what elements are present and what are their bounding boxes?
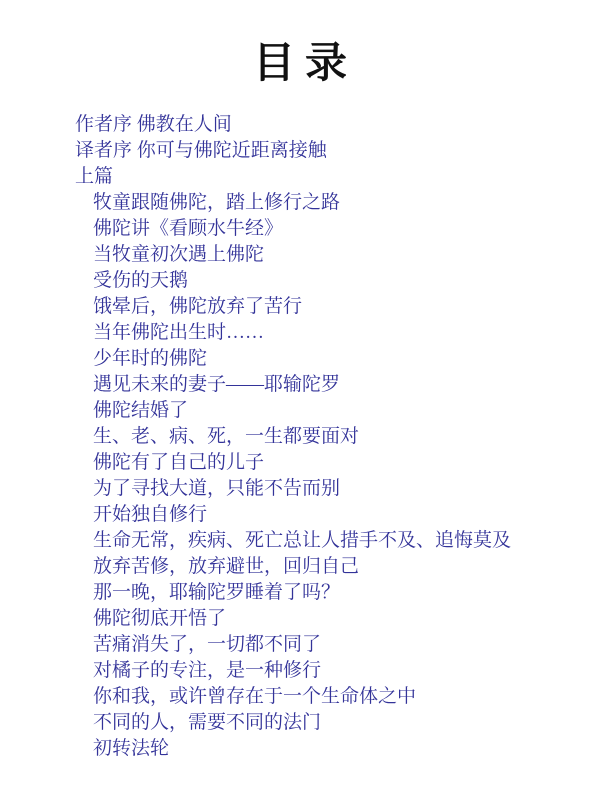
toc-entry[interactable]: 译者序 你可与佛陀近距离接触 bbox=[75, 138, 580, 164]
toc-entry-label: 生命无常，疾病、死亡总让人措手不及、追悔莫及 bbox=[93, 530, 511, 551]
toc-entry-label: 牧童跟随佛陀，踏上修行之路 bbox=[93, 192, 340, 213]
toc-entry-label: 饿晕后，佛陀放弃了苦行 bbox=[93, 296, 302, 317]
toc-entry-label: 少年时的佛陀 bbox=[93, 348, 207, 369]
toc-entry-label: 当年佛陀出生时…… bbox=[93, 322, 264, 343]
toc-entry-label: 对橘子的专注，是一种修行 bbox=[93, 660, 321, 681]
toc-entry[interactable]: 对橘子的专注，是一种修行 bbox=[75, 658, 580, 684]
toc-entry[interactable]: 遇见未来的妻子——耶输陀罗 bbox=[75, 372, 580, 398]
toc-entry-label: 那一晚，耶输陀罗睡着了吗？ bbox=[93, 582, 340, 603]
toc-entry[interactable]: 上篇 bbox=[75, 164, 580, 190]
toc-entry[interactable]: 少年时的佛陀 bbox=[75, 346, 580, 372]
toc-entry[interactable]: 当年佛陀出生时…… bbox=[75, 320, 580, 346]
toc-entry-label: 译者序 你可与佛陀近距离接触 bbox=[75, 140, 327, 161]
toc-entry-label: 生、老、病、死，一生都要面对 bbox=[93, 426, 359, 447]
toc-entry[interactable]: 佛陀结婚了 bbox=[75, 398, 580, 424]
toc-entry[interactable]: 为了寻找大道，只能不告而别 bbox=[75, 476, 580, 502]
toc-entry-label: 开始独自修行 bbox=[93, 504, 207, 525]
toc-entry[interactable]: 苦痛消失了，一切都不同了 bbox=[75, 632, 580, 658]
toc-entry[interactable]: 生、老、病、死，一生都要面对 bbox=[75, 424, 580, 450]
toc-entry[interactable]: 你和我，或许曾存在于一个生命体之中 bbox=[75, 684, 580, 710]
toc-entry[interactable]: 牧童跟随佛陀，踏上修行之路 bbox=[75, 190, 580, 216]
toc-entry-label: 放弃苦修，放弃避世，回归自己 bbox=[93, 556, 359, 577]
toc-entry[interactable]: 受伤的天鹅 bbox=[75, 268, 580, 294]
toc-entry[interactable]: 不同的人，需要不同的法门 bbox=[75, 710, 580, 736]
toc-entry-label: 初转法轮 bbox=[93, 738, 169, 759]
toc-entry[interactable]: 初转法轮 bbox=[75, 736, 580, 762]
toc-entry-label: 佛陀彻底开悟了 bbox=[93, 608, 226, 629]
toc-entry[interactable]: 放弃苦修，放弃避世，回归自己 bbox=[75, 554, 580, 580]
toc-entry[interactable]: 佛陀有了自己的儿子 bbox=[75, 450, 580, 476]
toc-entry-label: 遇见未来的妻子——耶输陀罗 bbox=[93, 374, 340, 395]
toc-entry-label: 受伤的天鹅 bbox=[93, 270, 188, 291]
toc-entry-label: 上篇 bbox=[75, 166, 113, 187]
toc-entry-label: 不同的人，需要不同的法门 bbox=[93, 712, 321, 733]
toc-entry-label: 作者序 佛教在人间 bbox=[75, 114, 232, 135]
toc-list: 作者序 佛教在人间译者序 你可与佛陀近距离接触上篇牧童跟随佛陀，踏上修行之路佛陀… bbox=[0, 112, 600, 762]
toc-entry[interactable]: 佛陀彻底开悟了 bbox=[75, 606, 580, 632]
toc-entry[interactable]: 生命无常，疾病、死亡总让人措手不及、追悔莫及 bbox=[75, 528, 580, 554]
toc-entry-label: 佛陀讲《看顾水牛经》 bbox=[93, 218, 283, 239]
toc-page: 目录 作者序 佛教在人间译者序 你可与佛陀近距离接触上篇牧童跟随佛陀，踏上修行之… bbox=[0, 0, 600, 800]
toc-entry-label: 当牧童初次遇上佛陀 bbox=[93, 244, 264, 265]
toc-entry[interactable]: 饿晕后，佛陀放弃了苦行 bbox=[75, 294, 580, 320]
toc-entry-label: 佛陀结婚了 bbox=[93, 400, 188, 421]
toc-entry[interactable]: 当牧童初次遇上佛陀 bbox=[75, 242, 580, 268]
toc-entry[interactable]: 开始独自修行 bbox=[75, 502, 580, 528]
toc-entry-label: 苦痛消失了，一切都不同了 bbox=[93, 634, 321, 655]
toc-entry[interactable]: 作者序 佛教在人间 bbox=[75, 112, 580, 138]
toc-entry-label: 为了寻找大道，只能不告而别 bbox=[93, 478, 340, 499]
page-title: 目录 bbox=[0, 0, 600, 90]
toc-entry-label: 佛陀有了自己的儿子 bbox=[93, 452, 264, 473]
toc-entry[interactable]: 佛陀讲《看顾水牛经》 bbox=[75, 216, 580, 242]
toc-entry-label: 你和我，或许曾存在于一个生命体之中 bbox=[93, 686, 416, 707]
toc-entry[interactable]: 那一晚，耶输陀罗睡着了吗？ bbox=[75, 580, 580, 606]
